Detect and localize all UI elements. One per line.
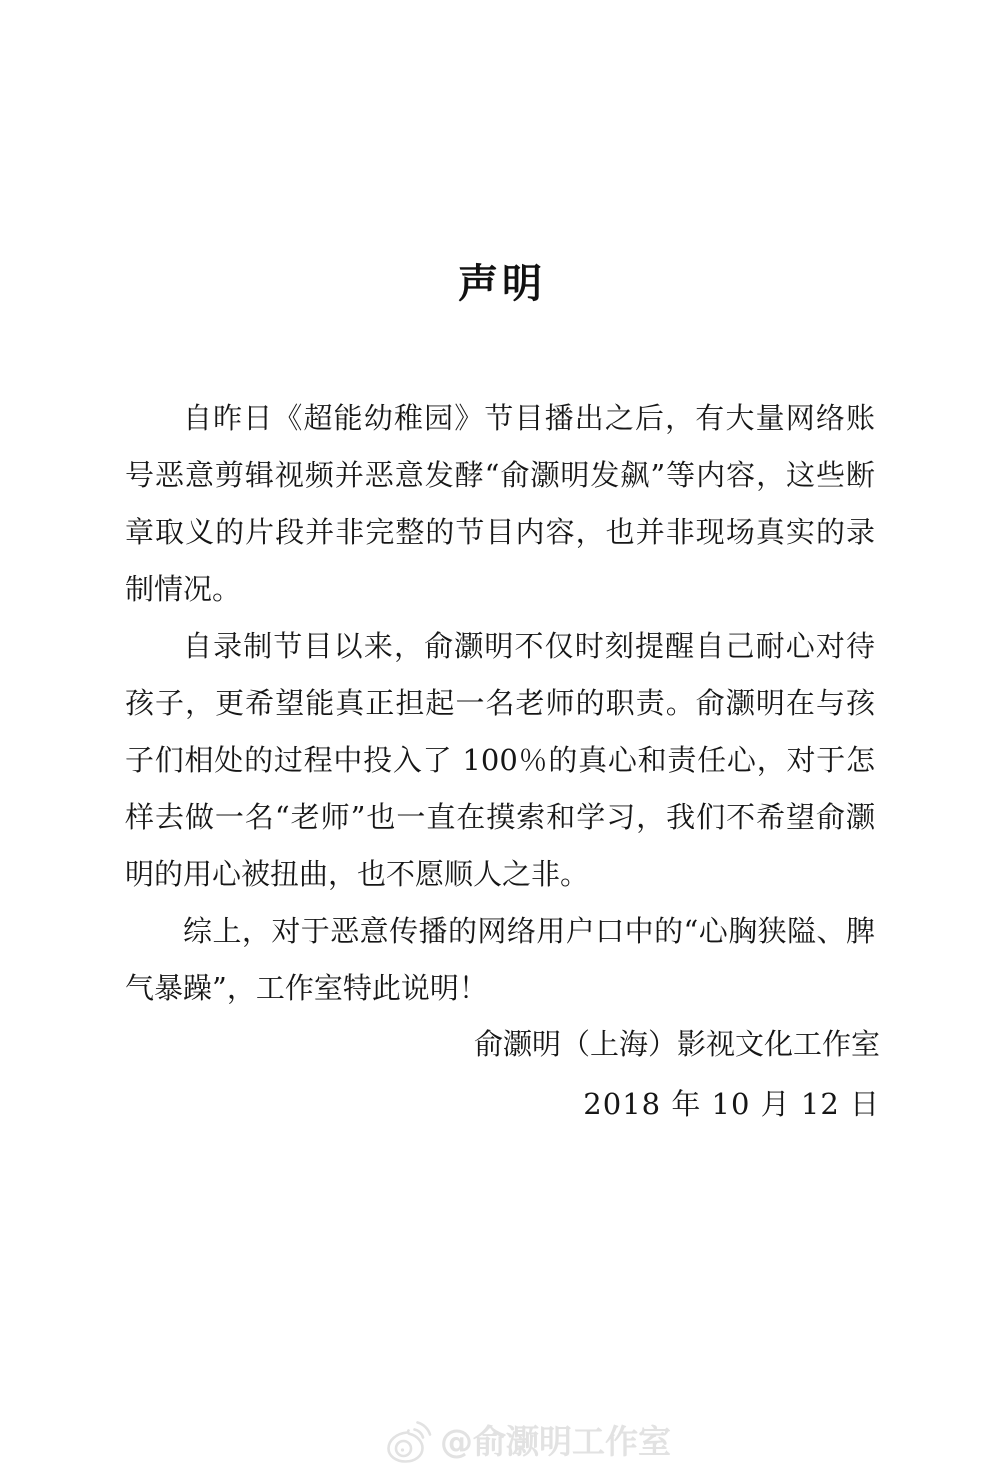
closing-block: 俞灏明（上海）影视文化工作室 2018 年 10 月 12 日 [474, 1014, 880, 1134]
paragraph-3: 综上，对于恶意传播的网络用户口中的“心胸狭隘、脾气暴躁”，工作室特此说明！ [125, 903, 875, 1017]
statement-document-page: 声明 自昨日《超能幼稚园》节目播出之后，有大量网络账号恶意剪辑视频并恶意发酵“俞… [0, 0, 1004, 1471]
document-body: 自昨日《超能幼稚园》节目播出之后，有大量网络账号恶意剪辑视频并恶意发酵“俞灏明发… [125, 390, 875, 1017]
date: 2018 年 10 月 12 日 [474, 1074, 880, 1134]
paragraph-2: 自录制节目以来，俞灏明不仅时刻提醒自己耐心对待孩子，更希望能真正担起一名老师的职… [125, 618, 875, 903]
weibo-icon [386, 1420, 432, 1464]
watermark: @俞灏明工作室 [386, 1420, 671, 1464]
paragraph-1: 自昨日《超能幼稚园》节目播出之后，有大量网络账号恶意剪辑视频并恶意发酵“俞灏明发… [125, 390, 875, 618]
document-title: 声明 [0, 262, 1004, 306]
watermark-text: @俞灏明工作室 [440, 1420, 671, 1464]
signature: 俞灏明（上海）影视文化工作室 [474, 1014, 880, 1074]
